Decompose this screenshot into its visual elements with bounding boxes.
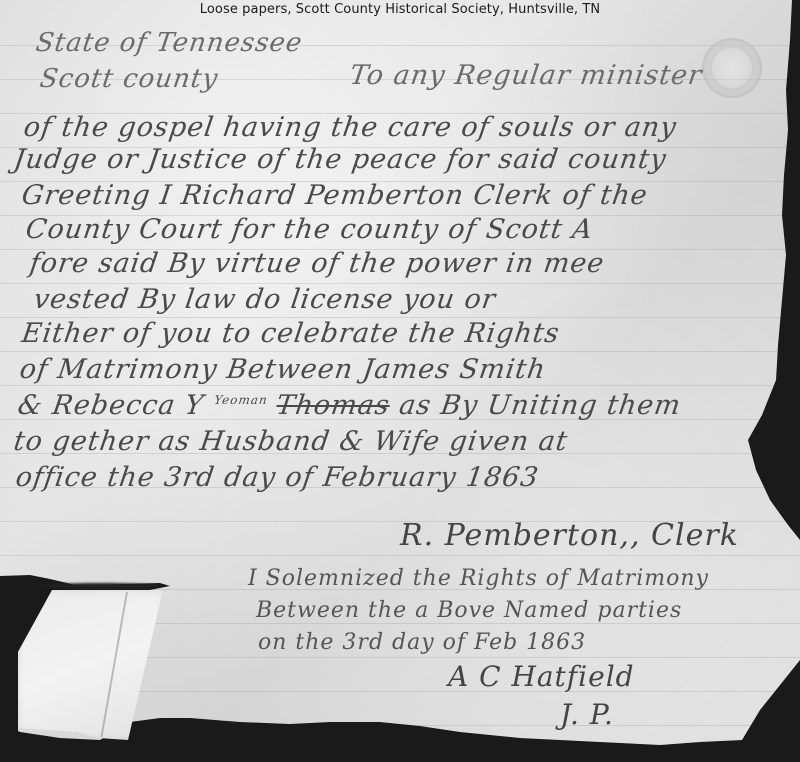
return-line-3: on the 3rd day of Feb 1863 [258,630,586,655]
embossed-seal-icon [702,38,762,98]
license-line-11: to gether as Husband & Wife given at [12,426,570,457]
license-line-6: fore said By virtue of the power in mee [28,248,607,279]
interlined-surname: Yeoman [213,393,268,407]
document-scan: Loose papers, Scott County Historical So… [0,0,800,762]
return-line-2: Between the a Bove Named parties [256,598,682,623]
archive-caption: Loose papers, Scott County Historical So… [0,2,800,17]
county-line: Scott county [38,64,220,94]
license-line-12: office the 3rd day of February 1863 [14,462,541,493]
state-line: State of Tennessee [34,28,305,58]
uniting-phrase: as By Uniting them [397,390,683,421]
officiant-title: J. P. [560,698,614,731]
license-line-7: vested By law do license you or [32,284,498,315]
license-line-9: of Matrimony Between James Smith [18,354,548,385]
license-line-1: To any Regular minister [348,60,704,91]
return-line-1: I Solemnized the Rights of Matrimony [248,566,709,591]
officiant-signature: A C Hatfield [448,660,635,693]
clerk-signature: R. Pemberton,, Clerk [400,518,739,553]
tear-edge [40,583,160,589]
license-line-5: County Court for the county of Scott A [24,214,595,245]
license-line-8: Either of you to celebrate the Rights [20,318,562,349]
license-line-10: & Rebecca Y Yeoman Thomas as By Uniting … [16,390,683,421]
struck-surname: Thomas [274,390,392,421]
bride-name: & Rebecca Y [16,390,206,421]
license-line-4: Greeting I Richard Pemberton Clerk of th… [20,180,650,211]
license-line-2: of the gospel having the care of souls o… [22,112,679,143]
license-line-3: Judge or Justice of the peace for said c… [12,144,669,175]
